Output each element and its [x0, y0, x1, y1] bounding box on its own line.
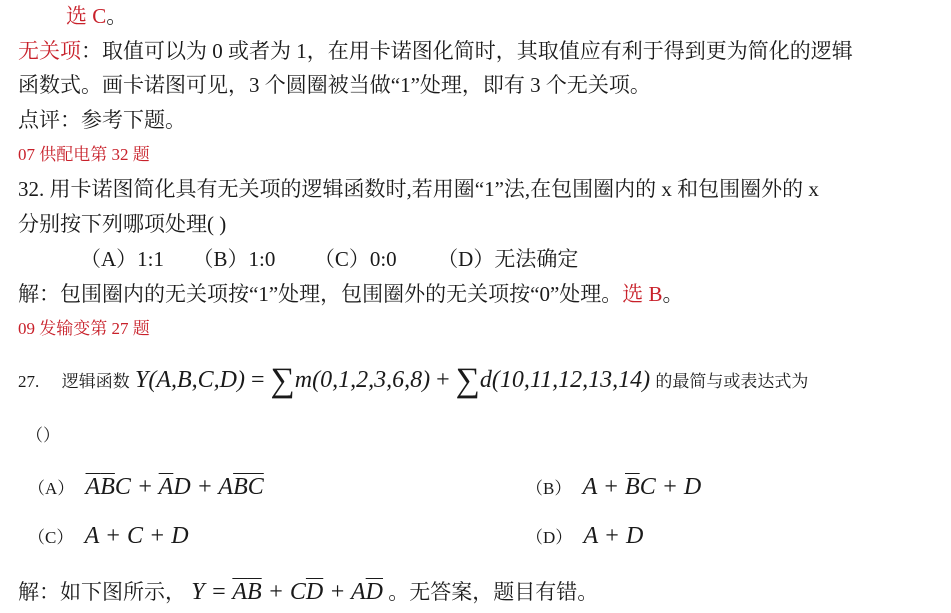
q27-blank: （） — [26, 422, 60, 450]
q27-option-c: （C） A + C + D — [28, 523, 189, 550]
irrelevant-term-note-line1: 无关项：取值可以为 0 或者为 1，在用卡诺图化简时，其取值应有利于得到更为简化… — [18, 37, 853, 65]
q27-option-a: （A） ABC + AD + ABC — [28, 474, 264, 501]
sigma-icon: ∑ — [271, 362, 295, 399]
q27-option-d: （D） A + D — [526, 523, 643, 550]
q32-options: （A）1:1 （B）1:0 （C）0:0 （D）无法确定 — [80, 245, 578, 273]
q32-option-d: （D）无法确定 — [437, 247, 578, 271]
irrelevant-term-title: 无关项 — [18, 39, 81, 63]
previous-answer-label: 选 C — [66, 4, 106, 28]
q27-stem: 27. 逻辑函数 Y(A,B,C,D) = ∑m(0,1,2,3,6,8) + … — [18, 362, 808, 400]
comment: 点评：参考下题。 — [18, 106, 186, 134]
q32-option-c: （C）0:0 — [314, 247, 397, 271]
previous-answer: 选 C。 — [66, 2, 127, 30]
q32-solution: 解：包围圈内的无关项按“1”处理，包围圈外的无关项按“0”处理。选 B。 — [18, 280, 684, 308]
q27-solution: 解：如下图所示， Y = AB + CD + AD 。无答案，题目有错。 — [18, 578, 598, 606]
q32-option-b: （B）1:0 — [193, 247, 276, 271]
q27-suffix: 的最简与或表达式为 — [655, 372, 808, 391]
q27-number: 27. — [18, 372, 39, 391]
q27-option-c-expr: A + C + D — [85, 523, 189, 549]
q27-source: 09 发输变第 27 题 — [18, 315, 150, 343]
q27-option-a-expr: ABC + AD + ABC — [86, 474, 264, 500]
q32-stem-line1: 32. 用卡诺图简化具有无关项的逻辑函数时,若用圈“1”法,在包围圈内的 x 和… — [18, 175, 819, 203]
q32-source: 07 供配电第 32 题 — [18, 141, 150, 169]
q27-solution-expr: Y = AB + CD + AD — [191, 579, 383, 605]
q27-prefix: 逻辑函数 — [62, 372, 130, 391]
q32-stem-line2: 分别按下列哪项处理( ) — [18, 210, 226, 238]
sigma-icon: ∑ — [456, 362, 480, 399]
q27-option-d-expr: A + D — [584, 523, 644, 549]
q32-option-a: （A）1:1 — [80, 247, 164, 271]
q27-option-b-expr: A + BC + D — [583, 474, 702, 500]
q27-dontcares: d(10,11,12,13,14) — [480, 367, 650, 393]
q32-answer: 选 B — [622, 282, 662, 306]
irrelevant-term-note-line2: 函数式。画卡诺图可见，3 个圆圈被当做“1”处理，即有 3 个无关项。 — [18, 71, 651, 99]
q27-option-b: （B） A + BC + D — [526, 474, 701, 501]
q27-minterms: m(0,1,2,3,6,8) — [295, 367, 430, 393]
q27-function: Y(A,B,C,D) — [135, 367, 245, 393]
